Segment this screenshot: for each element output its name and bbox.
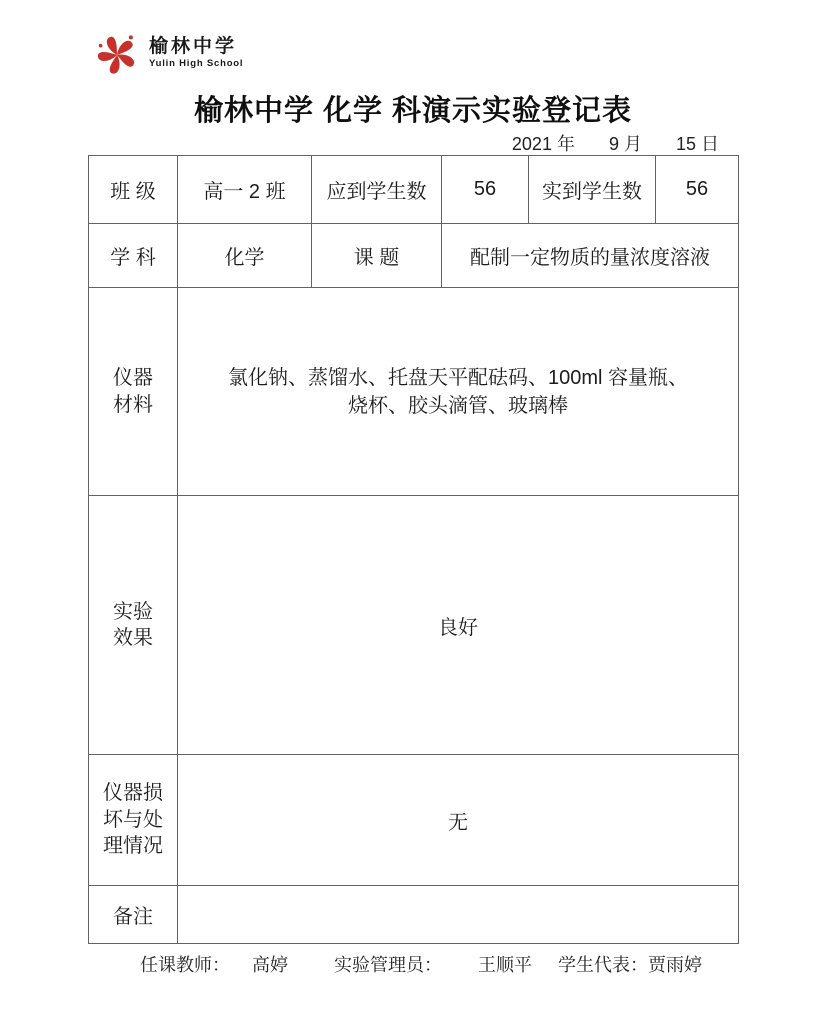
remarks-value-cell — [178, 886, 739, 944]
date-year: 2021 年 — [512, 130, 575, 156]
table-row-equipment: 仪器 材料 氯化钠、蒸馏水、托盘天平配砝码、100ml 容量瓶、 烧杯、胶头滴管… — [89, 288, 739, 496]
expected-students-value-cell: 56 — [442, 156, 529, 224]
damage-value-cell: 无 — [178, 755, 739, 886]
topic-label-cell: 课 题 — [312, 224, 442, 288]
form-page: 榆林中学 Yulin High School 榆林中学 化学 科演示实验登记表 … — [0, 0, 826, 1010]
teacher-label: 任课教师： — [140, 951, 230, 977]
subject-label-cell: 学 科 — [89, 224, 178, 288]
student-rep-label: 学生代表： — [558, 951, 648, 977]
school-logo-text: 榆林中学 Yulin High School — [149, 36, 243, 69]
table-row-remarks: 备注 — [89, 886, 739, 944]
damage-label-cell: 仪器损 坏与处 理情况 — [89, 755, 178, 886]
table-row-class: 班 级 高一 2 班 应到学生数 56 实到学生数 56 — [89, 156, 739, 224]
date-day: 15 日 — [676, 130, 719, 156]
table-row-damage: 仪器损 坏与处 理情况 无 — [89, 755, 739, 886]
actual-students-label-cell: 实到学生数 — [529, 156, 656, 224]
teacher-name: 高婷 — [252, 951, 288, 977]
student-rep-name: 贾雨婷 — [648, 951, 702, 977]
actual-students-value-cell: 56 — [656, 156, 739, 224]
flower-icon — [96, 30, 140, 76]
school-name-en: Yulin High School — [149, 58, 243, 69]
table-row-effect: 实验 效果 良好 — [89, 496, 739, 755]
lab-manager-name: 王顺平 — [478, 951, 532, 977]
effect-value-cell: 良好 — [178, 496, 739, 755]
lab-manager-label: 实验管理员： — [334, 951, 442, 977]
equipment-label-cell: 仪器 材料 — [89, 288, 178, 496]
remarks-label-cell: 备注 — [89, 886, 178, 944]
school-name-cn: 榆林中学 — [149, 36, 243, 58]
subject-value-cell: 化学 — [178, 224, 312, 288]
effect-label-cell: 实验 效果 — [89, 496, 178, 755]
registration-table: 班 级 高一 2 班 应到学生数 56 实到学生数 56 学 科 化学 课 题 … — [88, 155, 739, 944]
expected-students-label-cell: 应到学生数 — [312, 156, 442, 224]
equipment-value-cell: 氯化钠、蒸馏水、托盘天平配砝码、100ml 容量瓶、 烧杯、胶头滴管、玻璃棒 — [178, 288, 739, 496]
date-month: 9 月 — [609, 130, 642, 156]
table-row-subject: 学 科 化学 课 题 配制一定物质的量浓度溶液 — [89, 224, 739, 288]
page-title: 榆林中学 化学 科演示实验登记表 — [0, 88, 826, 129]
school-logo: 榆林中学 Yulin High School — [96, 30, 243, 76]
topic-value-cell: 配制一定物质的量浓度溶液 — [442, 224, 739, 288]
date-line: 2021 年 9 月 15 日 — [88, 130, 719, 156]
signature-line: 任课教师： 高婷 实验管理员： 王顺平 学生代表： 贾雨婷 — [88, 951, 788, 977]
class-label-cell: 班 级 — [89, 156, 178, 224]
class-value-cell: 高一 2 班 — [178, 156, 312, 224]
